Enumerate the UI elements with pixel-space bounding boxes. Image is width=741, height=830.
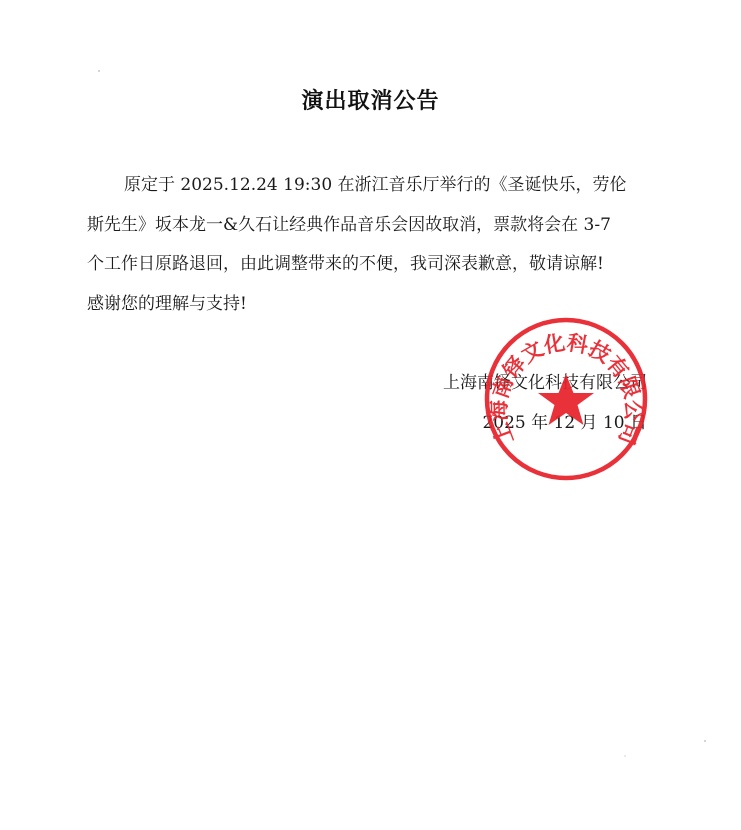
seal-ring bbox=[487, 320, 645, 478]
signature-company: 上海南铎文化科技有限公司 bbox=[443, 368, 647, 393]
announcement-body: 原定于 2025.12.24 19:30 在浙江音乐厅举行的《圣诞快乐，劳伦 斯… bbox=[87, 166, 667, 324]
body-line: 个工作日原路退回，由此调整带来的不便，我司深表歉意，敬请谅解! bbox=[87, 245, 667, 285]
page-title: 演出取消公告 bbox=[0, 84, 741, 115]
scan-speck bbox=[624, 755, 626, 757]
body-line: 斯先生》坂本龙一&久石让经典作品音乐会因故取消，票款将会在 3-7 bbox=[87, 206, 667, 246]
company-seal-stamp: 上海南铎文化科技有限公司 bbox=[483, 316, 649, 482]
signature-date: 2025 年 12 月 10 日 bbox=[482, 408, 647, 433]
document-page: 演出取消公告 原定于 2025.12.24 19:30 在浙江音乐厅举行的《圣诞… bbox=[0, 0, 741, 830]
seal-graphic: 上海南铎文化科技有限公司 bbox=[483, 316, 649, 482]
scan-speck bbox=[704, 740, 706, 742]
scan-speck bbox=[98, 70, 100, 72]
body-line: 原定于 2025.12.24 19:30 在浙江音乐厅举行的《圣诞快乐，劳伦 bbox=[87, 166, 667, 206]
body-line: 感谢您的理解与支持! bbox=[87, 285, 667, 325]
